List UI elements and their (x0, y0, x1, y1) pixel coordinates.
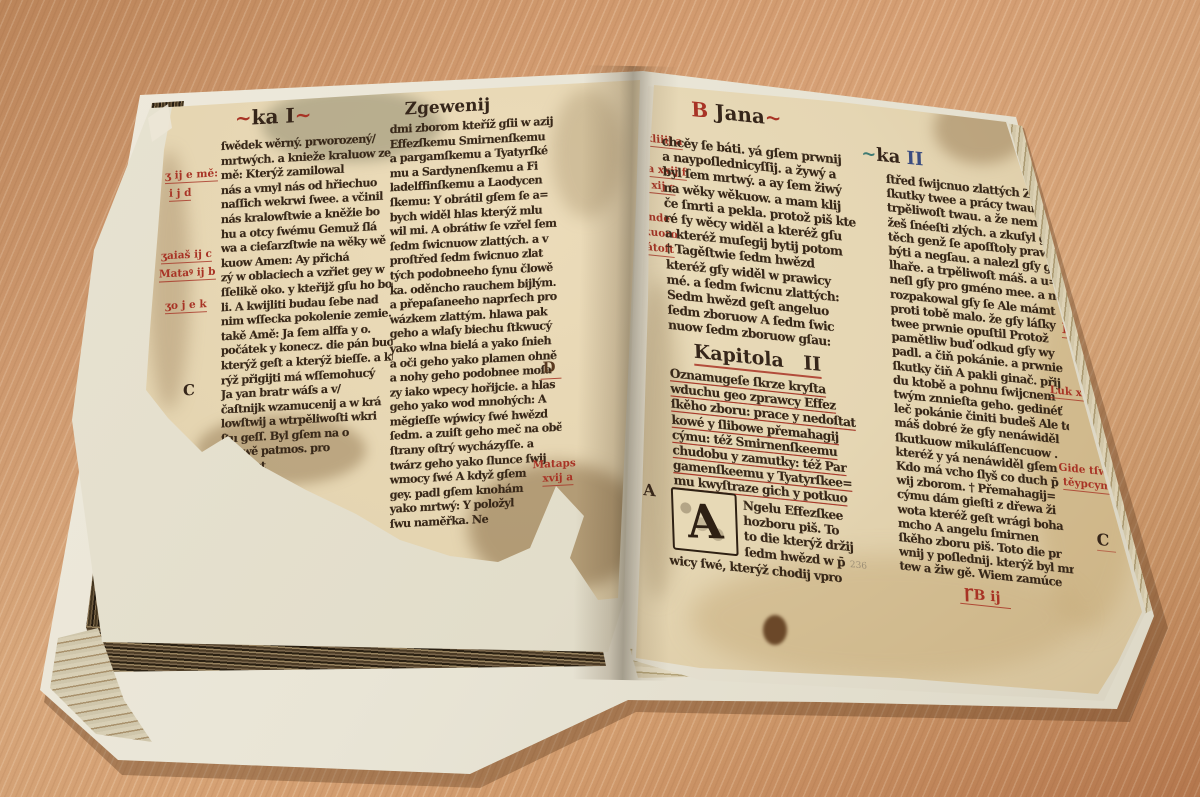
gutter-shadow (573, 65, 680, 681)
margin-note-mataps: Mataps (532, 457, 575, 472)
margin-note: ʒ ij e mě: (165, 167, 218, 184)
woodcut-initial-a: A (671, 487, 739, 556)
flourish-icon: ~ (295, 102, 312, 127)
left-column-1: ſwědek wěrný. prworozený/mrtwých. a knie… (221, 130, 393, 485)
photo-open-antique-book-on-desk: ~ka I~ Zgewenij ſwědek wěrný. prworozený… (0, 0, 1200, 797)
margin-note: ʒaiaš ij c (161, 248, 212, 265)
flourish-icon: ~ (861, 143, 877, 166)
right-page-text: B Jana~ ~ka II Iza xliiij a Izaia xxij f… (645, 88, 1141, 683)
quire-signature: ꞄB ij (960, 586, 1011, 609)
right-running-head-title: B Jana~ (691, 97, 782, 131)
margin-note: i j d (169, 187, 191, 202)
margin-note: Mataꝰ ij b (159, 266, 215, 283)
margin-note-mataps-2: xvij a (542, 471, 573, 487)
ornament-b-icon: B (691, 97, 709, 123)
left-column-2: dmi zborom kteříž gſii w azijEffezſkemu … (390, 113, 562, 538)
flourish-icon: ~ (764, 105, 782, 131)
margin-letter-c-right: C (1096, 530, 1115, 553)
right-column-1: chcěy ſe báti. yá gſem prwnija naypoſled… (661, 134, 867, 357)
flourish-icon: ~ (235, 105, 252, 130)
right-running-head-chapter: ~ka II (861, 143, 924, 171)
margin-note: ʒo j e k (165, 298, 207, 314)
left-running-head-chapter: ~ka I~ (235, 102, 312, 130)
pencil-folio-number: 236 (850, 560, 867, 572)
margin-letter-d: D (540, 358, 561, 380)
left-running-head-title: Zgewenij (405, 95, 490, 120)
margin-letter-c: C (183, 381, 195, 400)
